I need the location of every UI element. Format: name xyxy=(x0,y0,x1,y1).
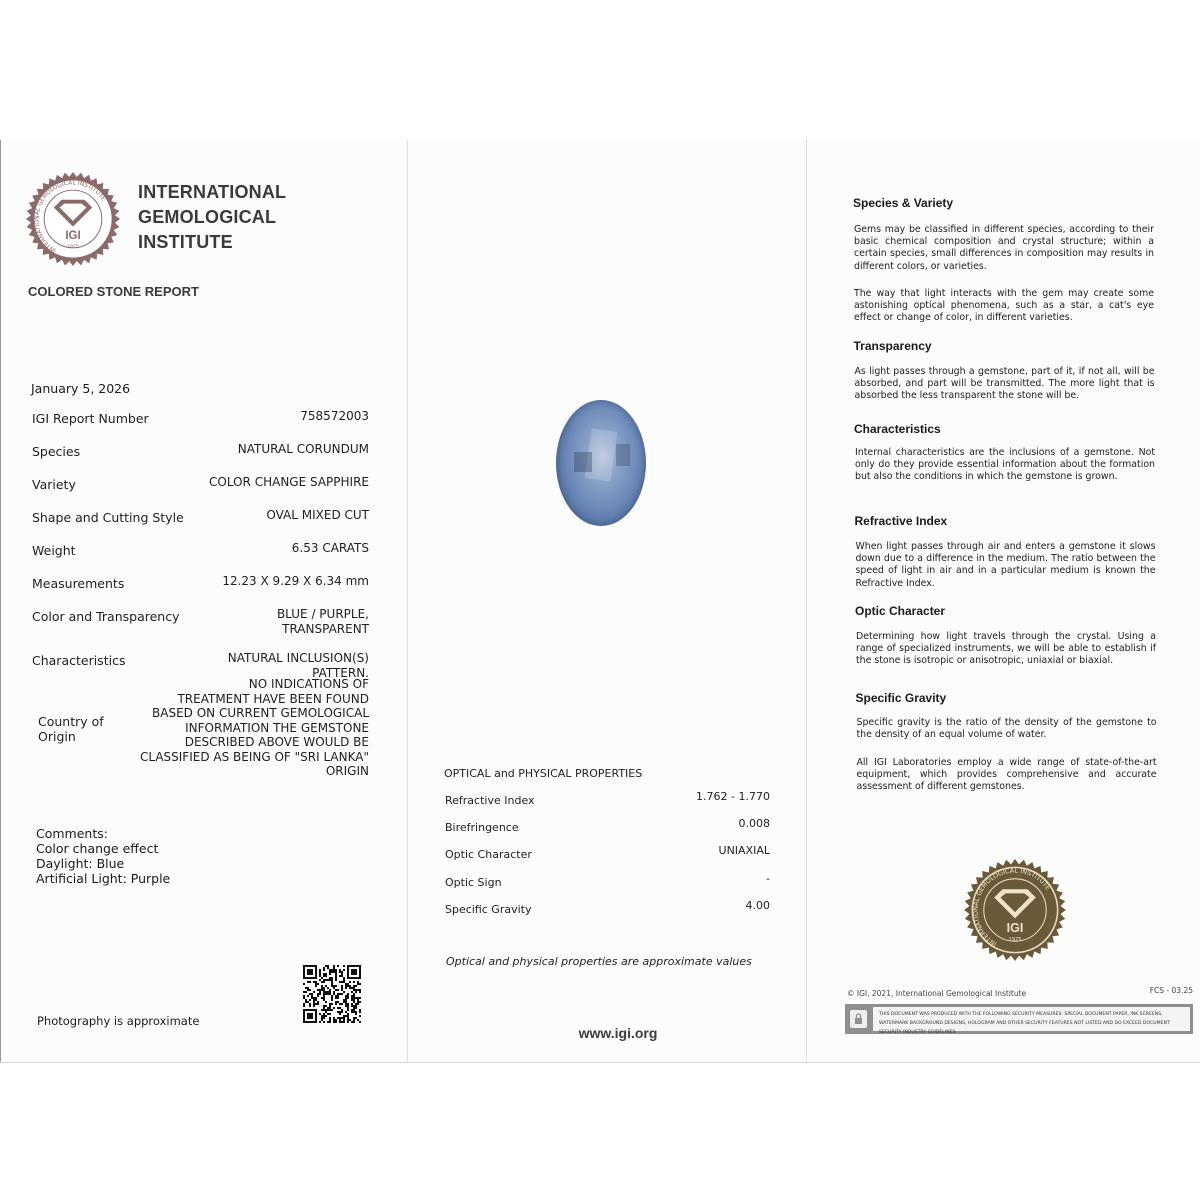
field-label: Color and Transparency xyxy=(32,609,179,624)
svg-text:IGI: IGI xyxy=(1007,921,1024,935)
lock-document-icon xyxy=(850,1010,867,1028)
field-value: 758572003 xyxy=(300,409,369,424)
glossary-heading: Refractive Index xyxy=(855,514,948,528)
institute-name-line: INTERNATIONAL xyxy=(138,180,286,205)
glossary-paragraph: The way that light interacts with the ge… xyxy=(854,288,1154,325)
glossary-paragraph: Determining how light travels through th… xyxy=(856,631,1156,668)
copyright: © IGI, 2021, International Gemological I… xyxy=(847,989,1026,998)
security-text: THIS DOCUMENT WAS PRODUCED WITH THE FOLL… xyxy=(873,1007,1190,1031)
glossary-paragraph: As light passes through a gemstone, part… xyxy=(855,366,1155,403)
field-label: IGI Report Number xyxy=(32,411,149,426)
photography-note: Photography is approximate xyxy=(37,1014,199,1028)
image-panel: OPTICAL and PHYSICAL PROPERTIES Refracti… xyxy=(407,140,806,1062)
security-notice: THIS DOCUMENT WAS PRODUCED WITH THE FOLL… xyxy=(845,1004,1193,1034)
glossary-paragraph: Gems may be classified in different spec… xyxy=(854,224,1154,273)
field-label: Country of Origin xyxy=(38,714,104,744)
svg-text:1975: 1975 xyxy=(67,244,79,250)
field-value: NATURAL CORUNDUM xyxy=(238,442,369,457)
field-label: Species xyxy=(32,444,80,459)
field-label: Characteristics xyxy=(32,653,125,668)
comment-line: Artificial Light: Purple xyxy=(36,871,170,886)
field-value: BLUE / PURPLE, TRANSPARENT xyxy=(277,607,369,636)
igi-seal-logo-icon: IGI1975INTERNATIONAL GEMOLOGICAL INSTITU… xyxy=(25,171,121,267)
institute-name-line: GEMOLOGICAL xyxy=(138,205,286,230)
glossary-paragraph: Specific gravity is the ratio of the den… xyxy=(857,717,1157,741)
property-value: - xyxy=(610,872,770,885)
field-label: Measurements xyxy=(32,576,124,591)
report-panel: IGI1975INTERNATIONAL GEMOLOGICAL INSTITU… xyxy=(0,140,407,1062)
field-label: Weight xyxy=(32,543,76,558)
qr-code-icon[interactable] xyxy=(303,965,361,1023)
glossary-heading: Characteristics xyxy=(854,422,941,436)
institute-name: INTERNATIONAL GEMOLOGICAL INSTITUTE xyxy=(138,180,286,255)
glossary-panel: Species & VarietyGems may be classified … xyxy=(806,140,1200,1062)
glossary-heading: Species & Variety xyxy=(853,196,953,210)
glossary-heading: Specific Gravity xyxy=(856,691,947,705)
property-value: 0.008 xyxy=(610,817,770,830)
glossary-paragraph: Internal characteristics are the inclusi… xyxy=(855,447,1155,484)
report-sheet: IGI1975INTERNATIONAL GEMOLOGICAL INSTITU… xyxy=(0,140,1200,1063)
glossary-heading: Optic Character xyxy=(855,604,945,618)
field-value: COLOR CHANGE SAPPHIRE xyxy=(209,475,369,490)
property-label: Optic Character xyxy=(445,848,532,861)
institute-name-line: INSTITUTE xyxy=(138,230,286,255)
field-label: Variety xyxy=(32,477,76,492)
property-label: Birefringence xyxy=(445,821,519,834)
property-label: Refractive Index xyxy=(445,794,535,807)
glossary-paragraph: All IGI Laboratories employ a wide range… xyxy=(857,757,1157,794)
glossary-heading: Transparency xyxy=(854,339,932,353)
comments-label: Comments: xyxy=(36,826,170,841)
website-link[interactable]: www.igi.org xyxy=(408,1025,828,1041)
property-value: UNIAXIAL xyxy=(610,844,770,857)
comment-line: Daylight: Blue xyxy=(36,856,170,871)
property-label: Specific Gravity xyxy=(445,903,532,916)
report-date: January 5, 2026 xyxy=(31,381,130,396)
properties-note: Optical and physical properties are appr… xyxy=(446,955,752,968)
svg-text:IGI: IGI xyxy=(65,230,80,242)
report-title: COLORED STONE REPORT xyxy=(28,284,199,299)
comments: Comments: Color change effect Daylight: … xyxy=(36,826,170,886)
field-label: Shape and Cutting Style xyxy=(32,510,184,525)
field-value: NATURAL INCLUSION(S) PATTERN. xyxy=(228,651,369,680)
document-code: FCS - 03.25 xyxy=(1150,986,1193,995)
comment-line: Color change effect xyxy=(36,841,170,856)
field-value: 12.23 X 9.29 X 6.34 mm xyxy=(222,574,369,589)
property-value: 1.762 - 1.770 xyxy=(610,790,770,803)
field-value: NO INDICATIONS OF TREATMENT HAVE BEEN FO… xyxy=(140,677,369,779)
glossary-paragraph: When light passes through air and enters… xyxy=(856,541,1156,590)
properties-title: OPTICAL and PHYSICAL PROPERTIES xyxy=(444,767,642,780)
property-value: 4.00 xyxy=(610,899,770,912)
field-value: 6.53 CARATS xyxy=(292,541,369,556)
igi-hologram-seal-icon: IGI1975INTERNATIONAL GEMOLOGICAL INSTITU… xyxy=(963,858,1067,962)
field-value: OVAL MIXED CUT xyxy=(266,508,369,523)
svg-text:1975: 1975 xyxy=(1008,937,1021,943)
property-label: Optic Sign xyxy=(445,876,502,889)
gemstone-photo xyxy=(556,400,646,526)
